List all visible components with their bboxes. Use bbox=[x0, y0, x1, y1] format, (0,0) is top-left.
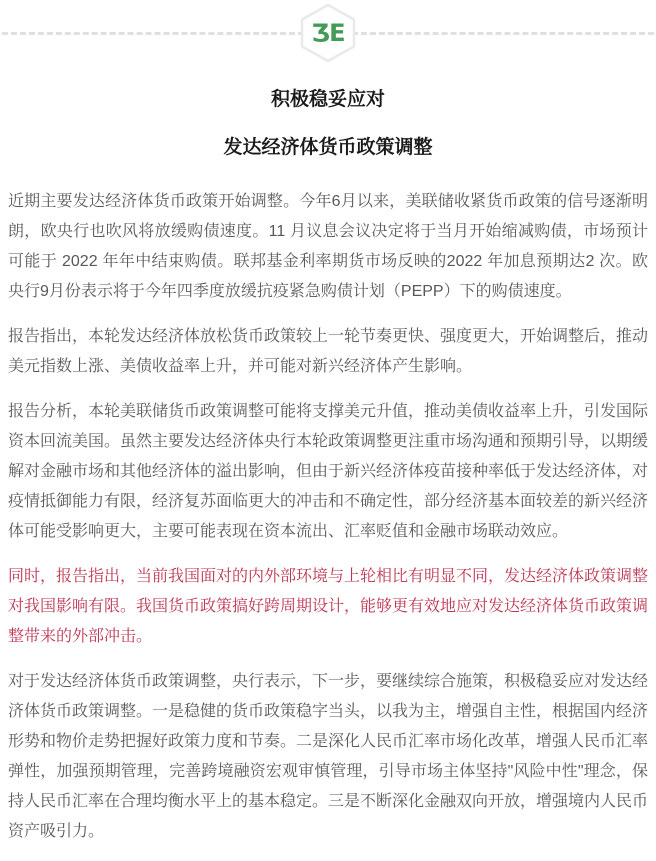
article-body: 积极稳妥应对 发达经济体货币政策调整 近期主要发达经济体货币政策开始调整。今年6… bbox=[0, 88, 656, 861]
brand-logo: ƷE bbox=[299, 3, 357, 63]
paragraph-monetary-policy-adjustment: 近期主要发达经济体货币政策开始调整。今年6月以来，美联储收紧货币政策的信号逐渐明… bbox=[8, 187, 648, 307]
brand-logo-icon: ƷE bbox=[299, 3, 357, 63]
article-header: ƷE bbox=[0, 0, 656, 66]
paragraph-report-analysis: 报告分析，本轮美联储货币政策调整可能将支撑美元升值，推动美债收益率上升，引发国际… bbox=[8, 397, 648, 547]
article-title-line-1: 积极稳妥应对 bbox=[8, 88, 648, 112]
paragraph-report-points: 报告指出，本轮发达经济体放松货币政策较上一轮节奏更快、强度更大，开始调整后，推动… bbox=[8, 322, 648, 382]
paragraph-highlight-china-impact: 同时，报告指出，当前我国面对的内外部环境与上轮相比有明显不同，发达经济体政策调整… bbox=[8, 562, 648, 652]
article-title-line-2: 发达经济体货币政策调整 bbox=[8, 136, 648, 160]
article-page: ƷE 积极稳妥应对 发达经济体货币政策调整 近期主要发达经济体货币政策开始调整。… bbox=[0, 0, 656, 861]
paragraph-pboc-next-steps: 对于发达经济体货币政策调整，央行表示，下一步，要继续综合施策，积极稳妥应对发达经… bbox=[8, 667, 648, 847]
